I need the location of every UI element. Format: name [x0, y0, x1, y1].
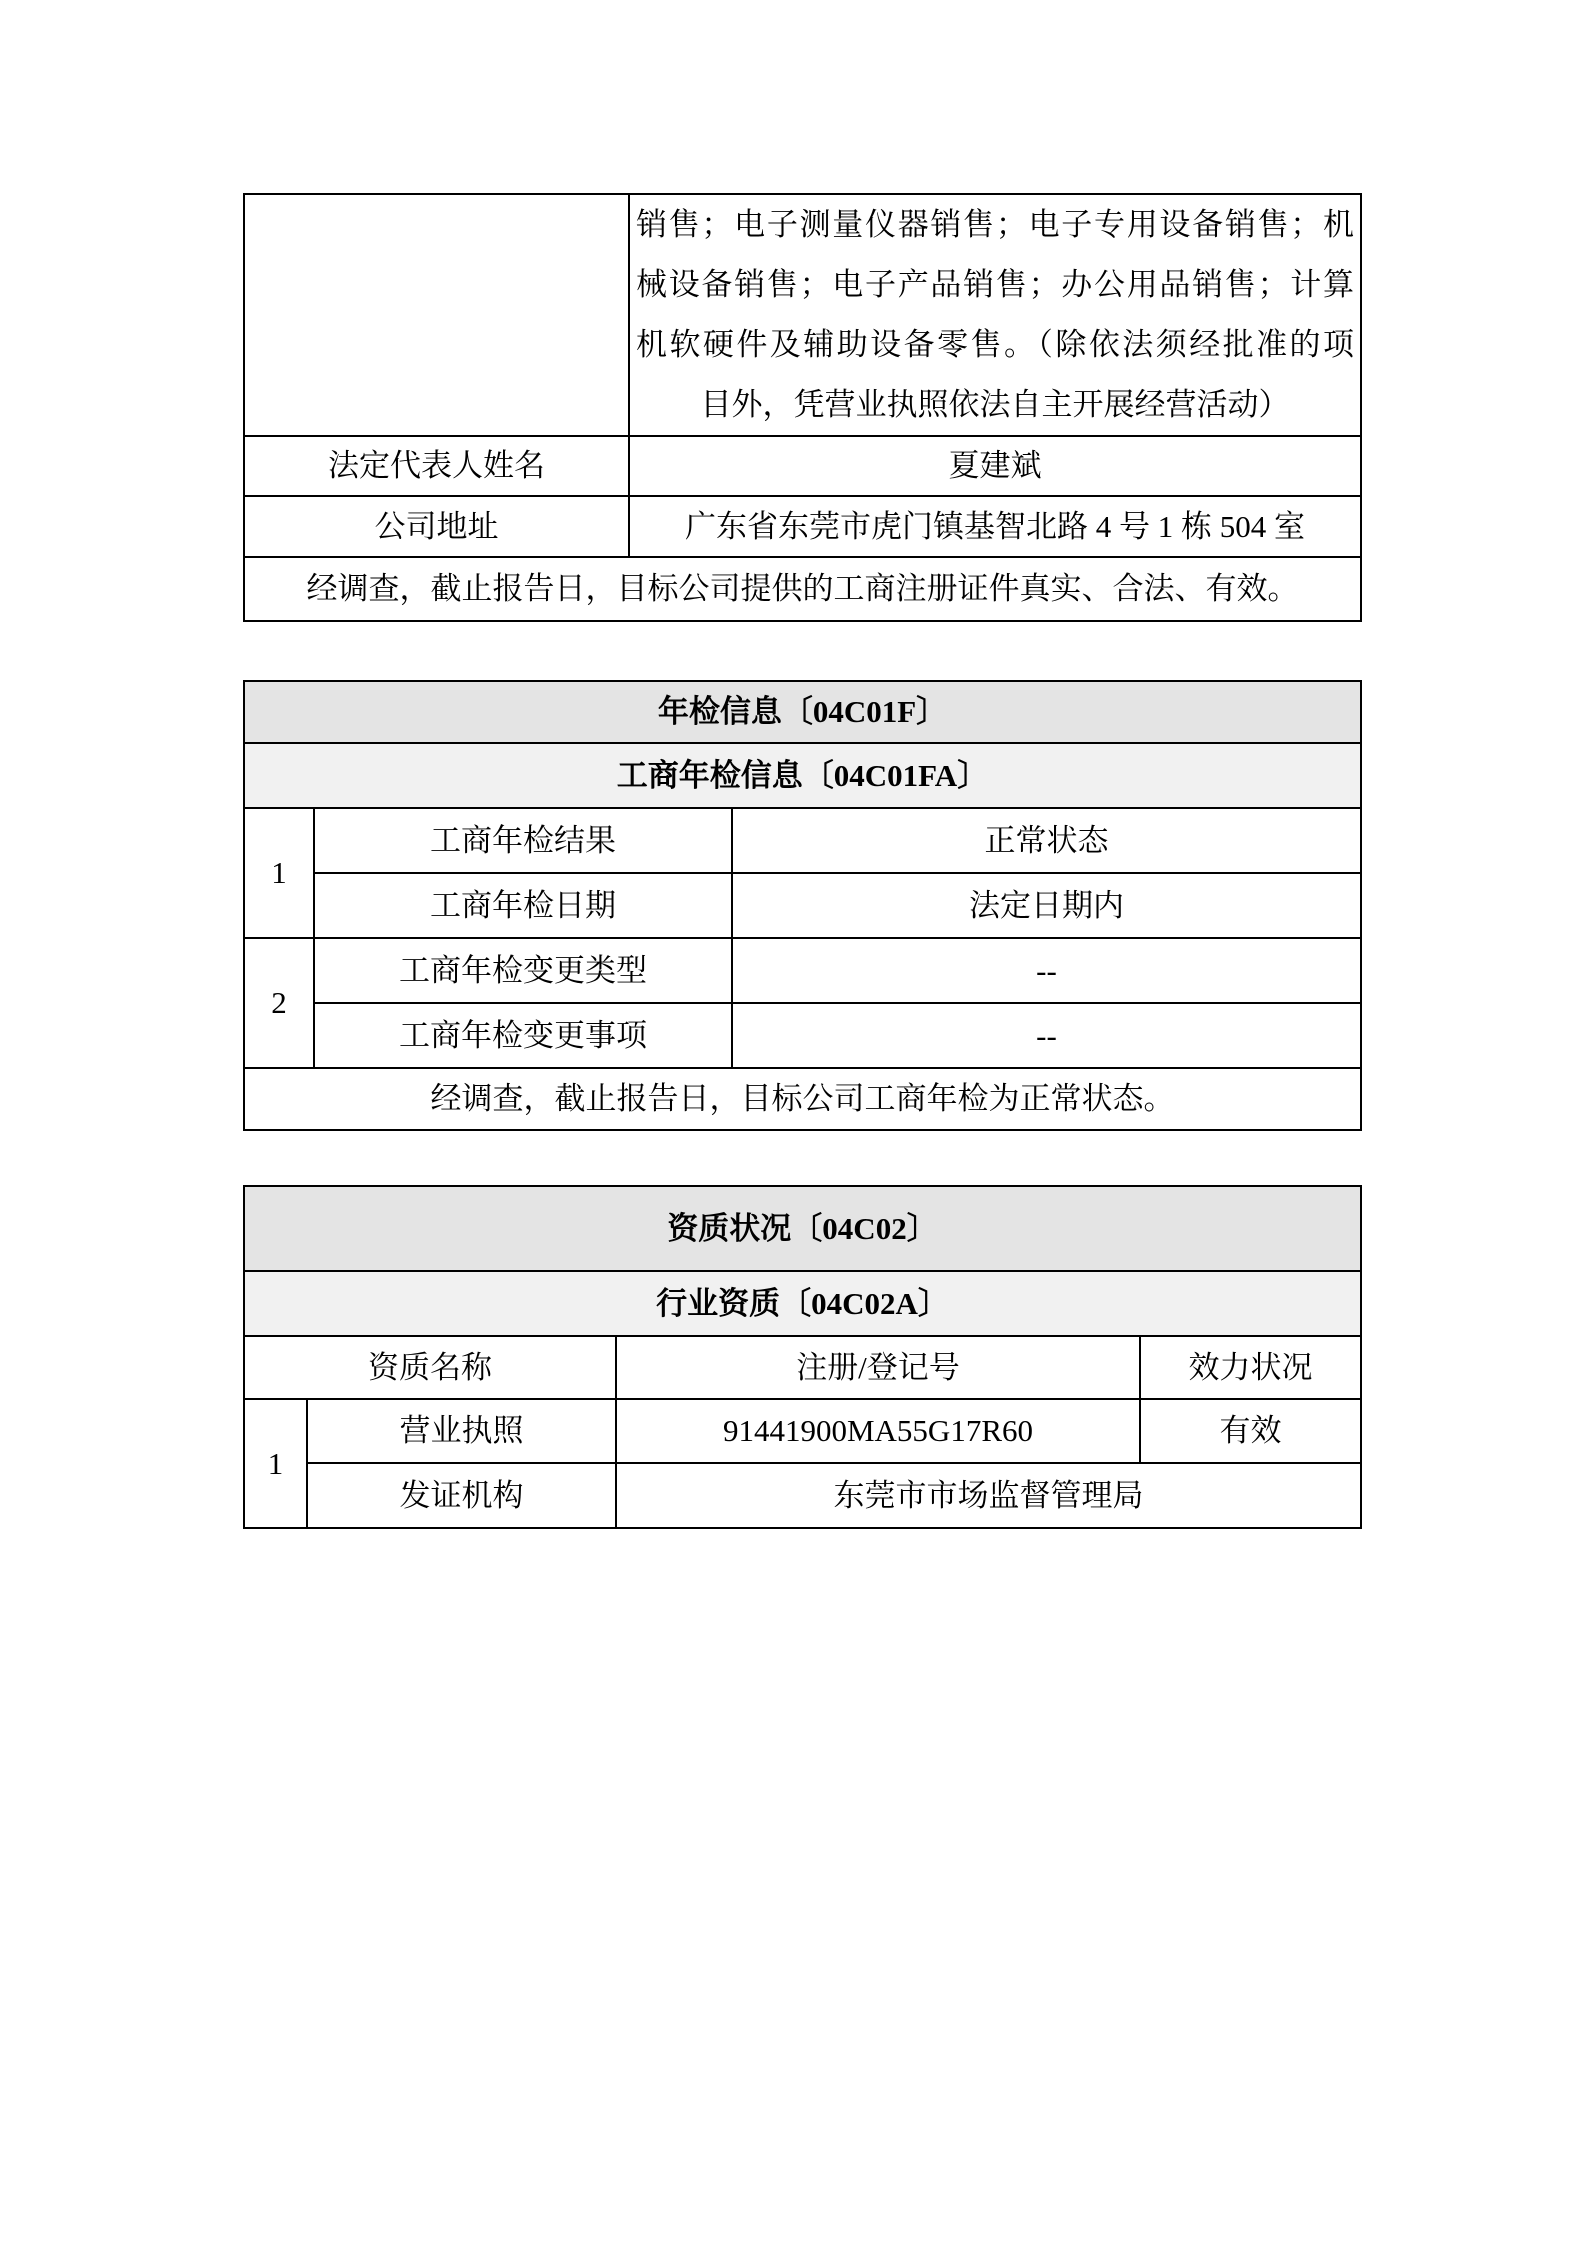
business-scope-row: 销售；电子测量仪器销售；电子专用设备销售；机 械设备销售；电子产品销售；办公用品…: [244, 194, 1361, 436]
report-page: 销售；电子测量仪器销售；电子专用设备销售；机 械设备销售；电子产品销售；办公用品…: [0, 0, 1587, 2245]
column-header-reg-no: 注册/登记号: [616, 1336, 1140, 1399]
row-group-number: 2: [244, 938, 314, 1068]
column-header-status: 效力状况: [1140, 1336, 1361, 1399]
change-type-value: --: [732, 938, 1361, 1003]
company-address-label: 公司地址: [244, 496, 629, 557]
issuer-label: 发证机构: [307, 1463, 616, 1528]
inspection-conclusion-note: 经调查，截止报告日，目标公司工商年检为正常状态。: [244, 1068, 1361, 1130]
annual-inspection-title: 年检信息〔04C01F〕: [244, 681, 1361, 743]
company-registration-table: 销售；电子测量仪器销售；电子专用设备销售；机 械设备销售；电子产品销售；办公用品…: [243, 193, 1362, 622]
qualification-title: 资质状况〔04C02〕: [244, 1186, 1361, 1271]
qualification-reg-no: 91441900MA55G17R60: [616, 1399, 1140, 1463]
annual-inspection-title-row: 年检信息〔04C01F〕: [244, 681, 1361, 743]
annual-inspection-subtitle-row: 工商年检信息〔04C01FA〕: [244, 743, 1361, 808]
business-scope-line: 销售；电子测量仪器销售；电子专用设备销售；机: [636, 195, 1354, 255]
column-header-name: 资质名称: [244, 1336, 616, 1399]
qualification-name: 营业执照: [307, 1399, 616, 1463]
inspection-date-label: 工商年检日期: [314, 873, 732, 938]
company-address-value: 广东省东莞市虎门镇基智北路 4 号 1 栋 504 室: [629, 496, 1361, 557]
qualification-header-row: 资质名称 注册/登记号 效力状况: [244, 1336, 1361, 1399]
annual-inspection-table: 年检信息〔04C01F〕 工商年检信息〔04C01FA〕 1 工商年检结果 正常…: [243, 680, 1362, 1131]
empty-label-cell: [244, 194, 629, 436]
qualification-status: 有效: [1140, 1399, 1361, 1463]
inspection-result-label: 工商年检结果: [314, 808, 732, 873]
table-row: 工商年检变更事项 --: [244, 1003, 1361, 1068]
registration-conclusion-row: 经调查，截止报告日，目标公司提供的工商注册证件真实、合法、有效。: [244, 557, 1361, 621]
business-scope-line: 机软硬件及辅助设备零售。（除依法须经批准的项: [636, 315, 1354, 375]
qualification-subtitle-row: 行业资质〔04C02A〕: [244, 1271, 1361, 1336]
change-item-value: --: [732, 1003, 1361, 1068]
change-type-label: 工商年检变更类型: [314, 938, 732, 1003]
table-row: 1 营业执照 91441900MA55G17R60 有效: [244, 1399, 1361, 1463]
row-group-number: 1: [244, 1399, 307, 1528]
legal-representative-value: 夏建斌: [629, 436, 1361, 496]
inspection-conclusion-row: 经调查，截止报告日，目标公司工商年检为正常状态。: [244, 1068, 1361, 1130]
business-scope-line: 目外，凭营业执照依法自主开展经营活动）: [636, 375, 1354, 435]
table-row: 2 工商年检变更类型 --: [244, 938, 1361, 1003]
table-row: 1 工商年检结果 正常状态: [244, 808, 1361, 873]
issuer-value: 东莞市市场监督管理局: [616, 1463, 1361, 1528]
table-row: 发证机构 东莞市市场监督管理局: [244, 1463, 1361, 1528]
inspection-result-value: 正常状态: [732, 808, 1361, 873]
row-group-number: 1: [244, 808, 314, 938]
change-item-label: 工商年检变更事项: [314, 1003, 732, 1068]
business-scope-line: 械设备销售；电子产品销售；办公用品销售；计算: [636, 255, 1354, 315]
qualification-title-row: 资质状况〔04C02〕: [244, 1186, 1361, 1271]
legal-representative-row: 法定代表人姓名 夏建斌: [244, 436, 1361, 496]
business-scope-cell: 销售；电子测量仪器销售；电子专用设备销售；机 械设备销售；电子产品销售；办公用品…: [629, 194, 1361, 436]
qualification-subtitle: 行业资质〔04C02A〕: [244, 1271, 1361, 1336]
qualification-table: 资质状况〔04C02〕 行业资质〔04C02A〕 资质名称 注册/登记号 效力状…: [243, 1185, 1362, 1529]
company-address-row: 公司地址 广东省东莞市虎门镇基智北路 4 号 1 栋 504 室: [244, 496, 1361, 557]
annual-inspection-subtitle: 工商年检信息〔04C01FA〕: [244, 743, 1361, 808]
inspection-date-value: 法定日期内: [732, 873, 1361, 938]
table-row: 工商年检日期 法定日期内: [244, 873, 1361, 938]
registration-conclusion-note: 经调查，截止报告日，目标公司提供的工商注册证件真实、合法、有效。: [244, 557, 1361, 621]
legal-representative-label: 法定代表人姓名: [244, 436, 629, 496]
